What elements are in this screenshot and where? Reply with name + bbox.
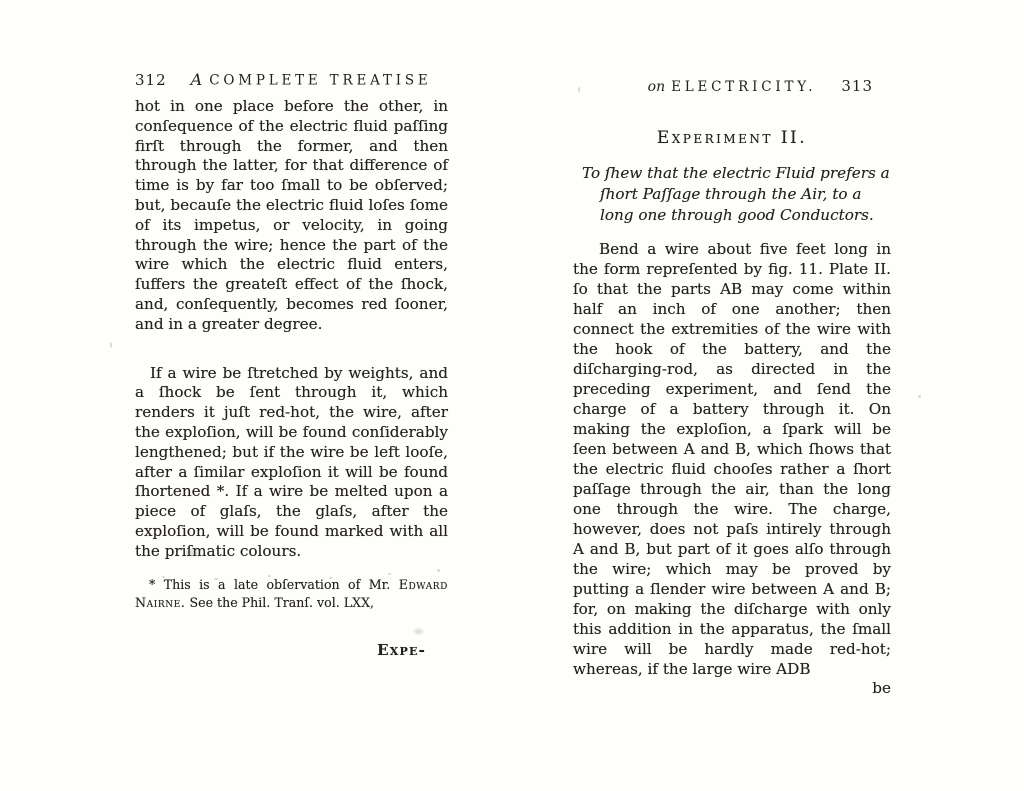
experiment-heading: Experiment II. — [573, 128, 891, 148]
paragraph: hot in one place before the other, in co… — [135, 97, 448, 335]
scan-speck — [268, 575, 271, 577]
footnote: * This is a late obſervation of Mr. Edwa… — [135, 576, 448, 612]
paragraph: Bend a wire about five feet long in the … — [573, 239, 891, 679]
scan-speck — [578, 87, 580, 92]
running-title-right: ELECTRICITY. — [671, 79, 816, 95]
left-running-header: 312 A COMPLETE TREATISE — [135, 70, 448, 90]
footnote-text: See the Phil. Tranſ. vol. LXX, — [186, 595, 375, 610]
running-title-left: COMPLETE TREATISE — [209, 73, 431, 89]
right-running-header: onELECTRICITY. 313 — [573, 76, 891, 96]
scan-speck — [110, 342, 112, 348]
footnote-text: This is a late obſervation of Mr. — [155, 577, 398, 592]
ink-smudge — [186, 549, 198, 556]
right-page: onELECTRICITY. 313 Experiment II. To ſhe… — [573, 76, 891, 697]
ink-smudge — [414, 629, 423, 634]
scan-speck — [437, 569, 440, 572]
running-title-prefix: on — [648, 79, 665, 95]
scan-speck — [214, 578, 218, 580]
scan-speck — [329, 577, 332, 579]
scan-speck — [918, 395, 921, 398]
paragraph: If a wire be ſtretched by weights, and a… — [135, 364, 448, 562]
left-page-number: 312 — [135, 71, 167, 89]
scan-speck — [162, 576, 165, 578]
left-page: 312 A COMPLETE TREATISE hot in one place… — [135, 70, 448, 612]
scan-speck — [388, 573, 391, 575]
book-scan: 312 A COMPLETE TREATISE hot in one place… — [0, 0, 1024, 791]
right-page-number: 313 — [841, 77, 873, 95]
experiment-subtitle: To ſhew that the electric Fluid prefers … — [573, 163, 891, 226]
catchword: Expe- — [135, 641, 448, 659]
catchword: be — [573, 679, 891, 697]
running-title-prefix: A — [191, 70, 203, 89]
